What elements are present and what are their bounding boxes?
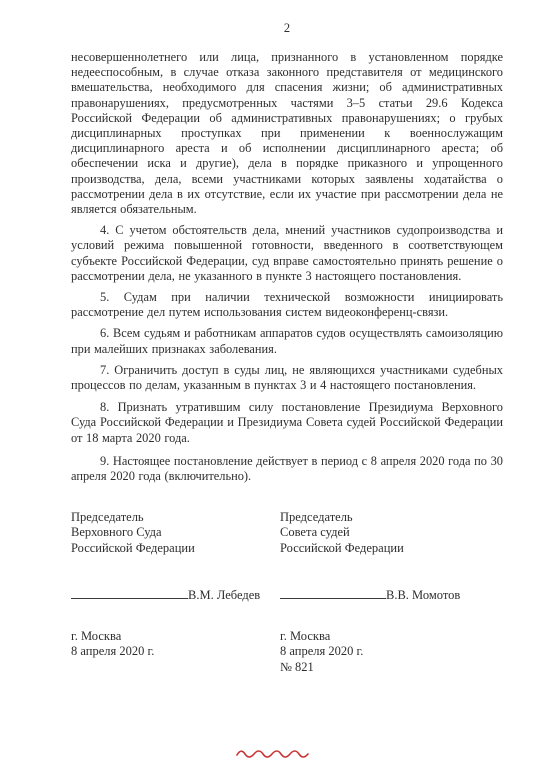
signer-right-role: Председатель [280, 510, 503, 525]
signer-left-org-line2: Российской Федерации [71, 541, 280, 556]
red-scribble-mark [236, 747, 314, 759]
signature-underline-right [280, 586, 386, 599]
paragraph-item-8: 8. Признать утратившим силу постановлени… [71, 400, 503, 446]
signature-underline-left [71, 586, 188, 599]
footer-row: г. Москва 8 апреля 2020 г. г. Москва 8 а… [71, 629, 503, 675]
paragraph-item-7: 7. Ограничить доступ в суды лиц, не явля… [71, 363, 503, 393]
signer-left-role: Председатель [71, 510, 280, 525]
page-number: 2 [71, 0, 503, 36]
paragraph-continuation: несовершеннолетнего или лица, признанног… [71, 50, 503, 217]
document-content: 2 несовершеннолетнего или лица, признанн… [71, 0, 503, 675]
signer-left-name: В.М. Лебедев [188, 588, 260, 602]
signature-title-right: Председатель Совета судей Российской Фед… [280, 510, 503, 556]
document-page: 2 несовершеннолетнего или лица, признанн… [0, 0, 543, 768]
footer-left-date: 8 апреля 2020 г. [71, 644, 280, 659]
signer-right-org-line2: Российской Федерации [280, 541, 503, 556]
signature-right: В.В. Момотов [280, 586, 503, 603]
footer-right: г. Москва 8 апреля 2020 г. № 821 [280, 629, 503, 675]
paragraph-item-9: 9. Настоящее постановление действует в п… [71, 454, 503, 484]
signature-line-row: В.М. Лебедев В.В. Момотов [71, 586, 503, 603]
paragraph-item-6: 6. Всем судьям и работникам аппаратов су… [71, 326, 503, 356]
signature-title-left: Председатель Верховного Суда Российской … [71, 510, 280, 556]
document-number: № 821 [280, 660, 503, 675]
signer-right-name: В.В. Момотов [386, 588, 460, 602]
signer-left-org-line1: Верховного Суда [71, 525, 280, 540]
footer-left: г. Москва 8 апреля 2020 г. [71, 629, 280, 675]
signer-right-org-line1: Совета судей [280, 525, 503, 540]
footer-right-city: г. Москва [280, 629, 503, 644]
paragraph-item-4: 4. С учетом обстоятельств дела, мнений у… [71, 223, 503, 284]
footer-right-date: 8 апреля 2020 г. [280, 644, 503, 659]
signature-titles-row: Председатель Верховного Суда Российской … [71, 510, 503, 556]
paragraph-item-5: 5. Судам при наличии технической возможн… [71, 290, 503, 320]
signature-left: В.М. Лебедев [71, 586, 280, 603]
footer-left-city: г. Москва [71, 629, 280, 644]
